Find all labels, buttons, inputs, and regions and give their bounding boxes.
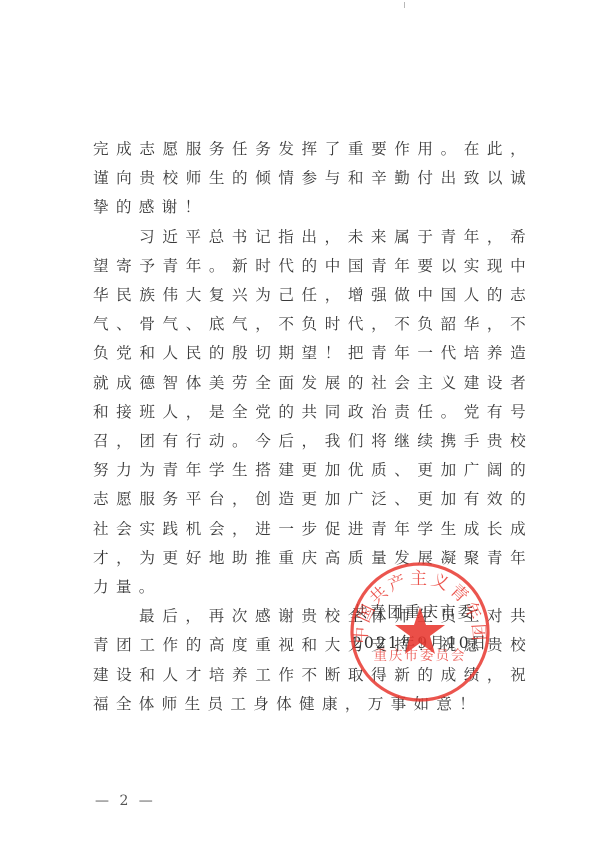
official-seal-icon: 中国共产主义青年团 重庆市委员会 <box>345 557 495 707</box>
page-number: — 2 — <box>95 793 156 809</box>
paragraph-youth-mission: 习近平总书记指出，未来属于青年，希望寄予青年。新时代的中国青年要以实现中华民族伟… <box>93 223 533 603</box>
paragraph-continuation: 完成志愿服务任务发挥了重要作用。在此，谨向贵校师生的倾情参与和辛勤付出致以诚挚的… <box>93 135 533 223</box>
fold-mark <box>404 2 405 8</box>
svg-text:重庆市委员会: 重庆市委员会 <box>374 648 467 664</box>
